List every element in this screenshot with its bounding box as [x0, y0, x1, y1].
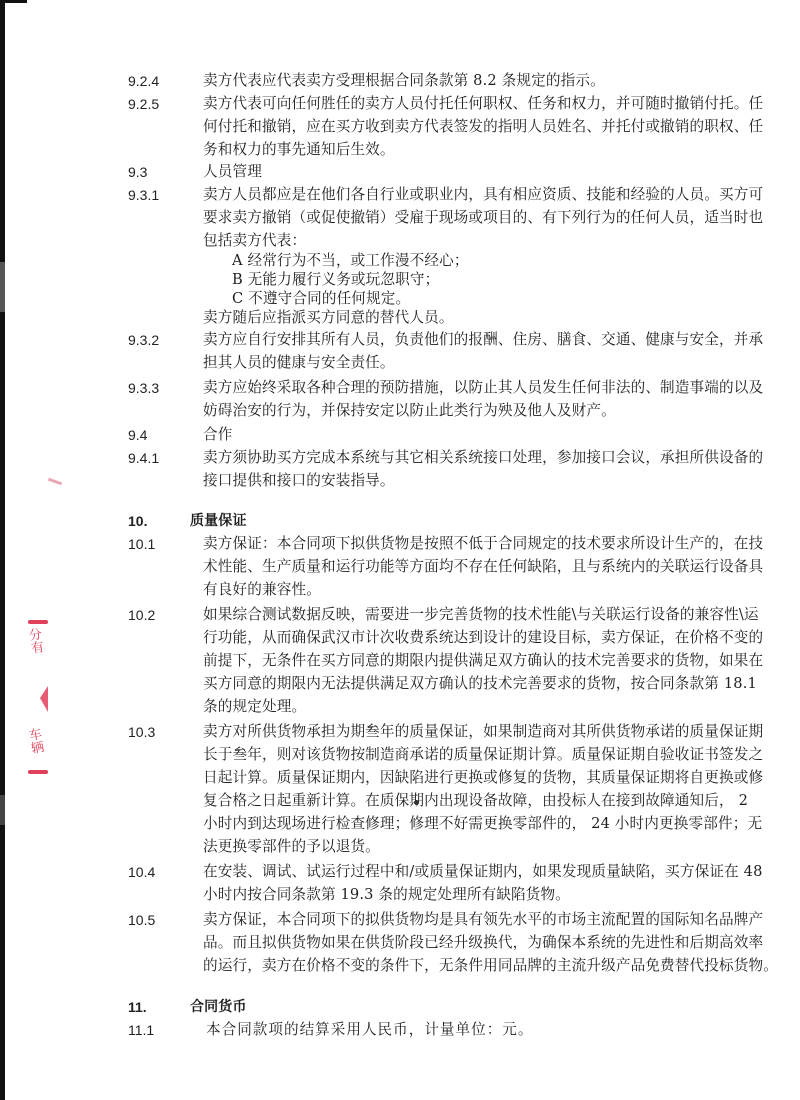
clause-text: 法更换零部件的予以退货。 — [203, 836, 380, 858]
stamp-bar — [28, 620, 48, 624]
clause-number: 10.5 — [128, 909, 155, 931]
clause-text: 条的规定处理。 — [203, 696, 306, 718]
list-item-text: B 无能力履行义务或玩忽职守； — [232, 270, 439, 289]
clause-number: 9.3 — [128, 161, 147, 183]
clause-title: 合作 — [203, 424, 233, 446]
clause-number: 9.2.5 — [128, 93, 159, 115]
clause-number: 10.3 — [128, 721, 155, 743]
stamp-text-bottom: 车辆 — [24, 727, 44, 755]
clause-text: 在安装、调试、试运行过程中和/或质量保证期内，如果发现质量缺陷，买方保证在 48 — [203, 861, 763, 883]
section-number: 11. — [128, 996, 147, 1018]
scan-border-shade — [0, 795, 5, 825]
clause-text: 担其人员的健康与安全责任。 — [203, 352, 395, 374]
clause-text: 务和权力的事先通知后生效。 — [203, 139, 395, 161]
clause-number: 9.3.2 — [128, 329, 159, 351]
clause-text: 品。而且拟供货物如果在供货阶段已经升级换代，为确保本系统的先进性和后期高效率 — [203, 932, 763, 954]
clause-number: 9.3.1 — [128, 184, 159, 206]
clause-text: 的运行，卖方在价格不变的条件下，无条件用同品牌的主流升级产品免费替代投标货物。 — [203, 955, 778, 977]
clause-text: 前提下，无条件在买方同意的期限内提供满足双方确认的技术完善要求的货物，如果在 — [203, 650, 763, 672]
clause-text: 卖方人员都应是在他们各自行业或职业内，具有相应资质、技能和经验的人员。买方可 — [203, 184, 763, 206]
clause-text: 卖方代表应代表卖方受理根据合同条款第 8.2 条规定的指示。 — [203, 70, 605, 92]
clause-number: 9.3.3 — [128, 377, 159, 399]
stamp-bar — [28, 770, 48, 774]
section-title: 质量保证 — [190, 510, 247, 532]
clause-text: 行功能，从而确保武汉市计次收费系统达到设计的建设目标，卖方保证，在价格不变的 — [203, 627, 763, 649]
clause-number: 9.2.4 — [128, 70, 159, 92]
clause-text: 包括卖方代表： — [203, 230, 306, 252]
scan-border-top — [0, 0, 27, 3]
clause-text: 要求卖方撤销（或促使撤销）受雇于现场或项目的、有下列行为的任何人员，适当时也 — [203, 207, 763, 229]
faint-stamp-mark — [48, 478, 62, 486]
clause-text: 术性能、生产质量和运行功能等方面均不存在任何缺陷，且与系统内的关联运行设备具 — [203, 556, 763, 578]
clause-text: 长于叁年，则对该货物按制造商承诺的质量保证期计算。质量保证期自验收证书签发之 — [203, 744, 763, 766]
clause-number: 9.4 — [128, 424, 147, 446]
clause-number: 10.2 — [128, 604, 155, 626]
clause-text: 卖方须协助买方完成本系统与其它相关系统接口处理，参加接口会议，承担所供设备的 — [203, 447, 763, 469]
clause-text: 如果综合测试数据反映，需要进一步完善货物的技术性能\与关联运行设备的兼容性\运 — [203, 604, 759, 626]
clause-text: 卖方随后应指派买方同意的替代人员。 — [203, 308, 454, 327]
clause-text: 日起计算。质量保证期内，因缺陷进行更换或修复的货物，其质量保证期将自更换或修 — [203, 767, 763, 789]
scan-border-left — [0, 0, 5, 1100]
section-number: 10. — [128, 510, 147, 532]
clause-text: 接口提供和接口的安装指导。 — [203, 470, 395, 492]
clause-text: 卖方保证，本合同项下的拟供货物均是具有领先水平的市场主流配置的国际知名品牌产 — [203, 909, 763, 931]
list-item-text: C 不遵守合同的任何规定。 — [232, 289, 410, 308]
ink-dot-mark — [414, 800, 419, 805]
clause-text: 本合同款项的结算采用人民币，计量单位：元。 — [206, 1019, 533, 1041]
section-title: 合同货币 — [190, 996, 247, 1018]
clause-number: 9.4.1 — [128, 447, 159, 469]
red-seal-stamp: 分有 车辆 — [22, 620, 50, 780]
clause-number: 11.1 — [128, 1019, 154, 1041]
stamp-triangle-icon — [30, 686, 48, 712]
clause-text: 复合格之日起重新计算。在质保期内出现设备故障，由投标人在接到故障通知后， 2 — [203, 790, 748, 812]
stamp-text-top: 分有 — [24, 627, 44, 655]
clause-text: 小时内到达现场进行检查修理；修理不好需更换零部件的， 24 小时内更换零部件；无 — [203, 813, 762, 835]
clause-text: 卖方应始终采取各种合理的预防措施，以防止其人员发生任何非法的、制造事端的以及 — [203, 377, 763, 399]
clause-text: 有良好的兼容性。 — [203, 579, 321, 601]
clause-text: 卖方保证：本合同项下拟供货物是按照不低于合同规定的技术要求所设计生产的，在技 — [203, 533, 763, 555]
clause-title: 人员管理 — [203, 161, 262, 183]
clause-text: 小时内按合同条款第 19.3 条的规定处理所有缺陷货物。 — [203, 884, 570, 906]
clause-text: 妨碍治安的行为，并保持安定以防止此类行为殃及他人及财产。 — [203, 400, 616, 422]
clause-number: 10.4 — [128, 861, 155, 883]
clause-text: 买方同意的期限内无法提供满足双方确认的技术完善要求的货物，按合同条款第 18.1 — [203, 673, 757, 695]
clause-text: 何付托和撤销，应在买方收到卖方代表签发的指明人员姓名、并托付或撤销的职权、任 — [203, 116, 763, 138]
clause-text: 卖方代表可向任何胜任的卖方人员付托任何职权、任务和权力，并可随时撤销付托。任 — [203, 93, 763, 115]
clause-number: 10.1 — [128, 533, 155, 555]
clause-text: 卖方对所供货物承担为期叁年的质量保证，如果制造商对其所供货物承诺的质量保证期 — [203, 721, 763, 743]
scan-border-shade — [0, 262, 5, 312]
list-item-text: A 经常行为不当，或工作漫不经心； — [232, 251, 469, 270]
clause-text: 卖方应自行安排其所有人员，负责他们的报酬、住房、膳食、交通、健康与安全，并承 — [203, 329, 763, 351]
